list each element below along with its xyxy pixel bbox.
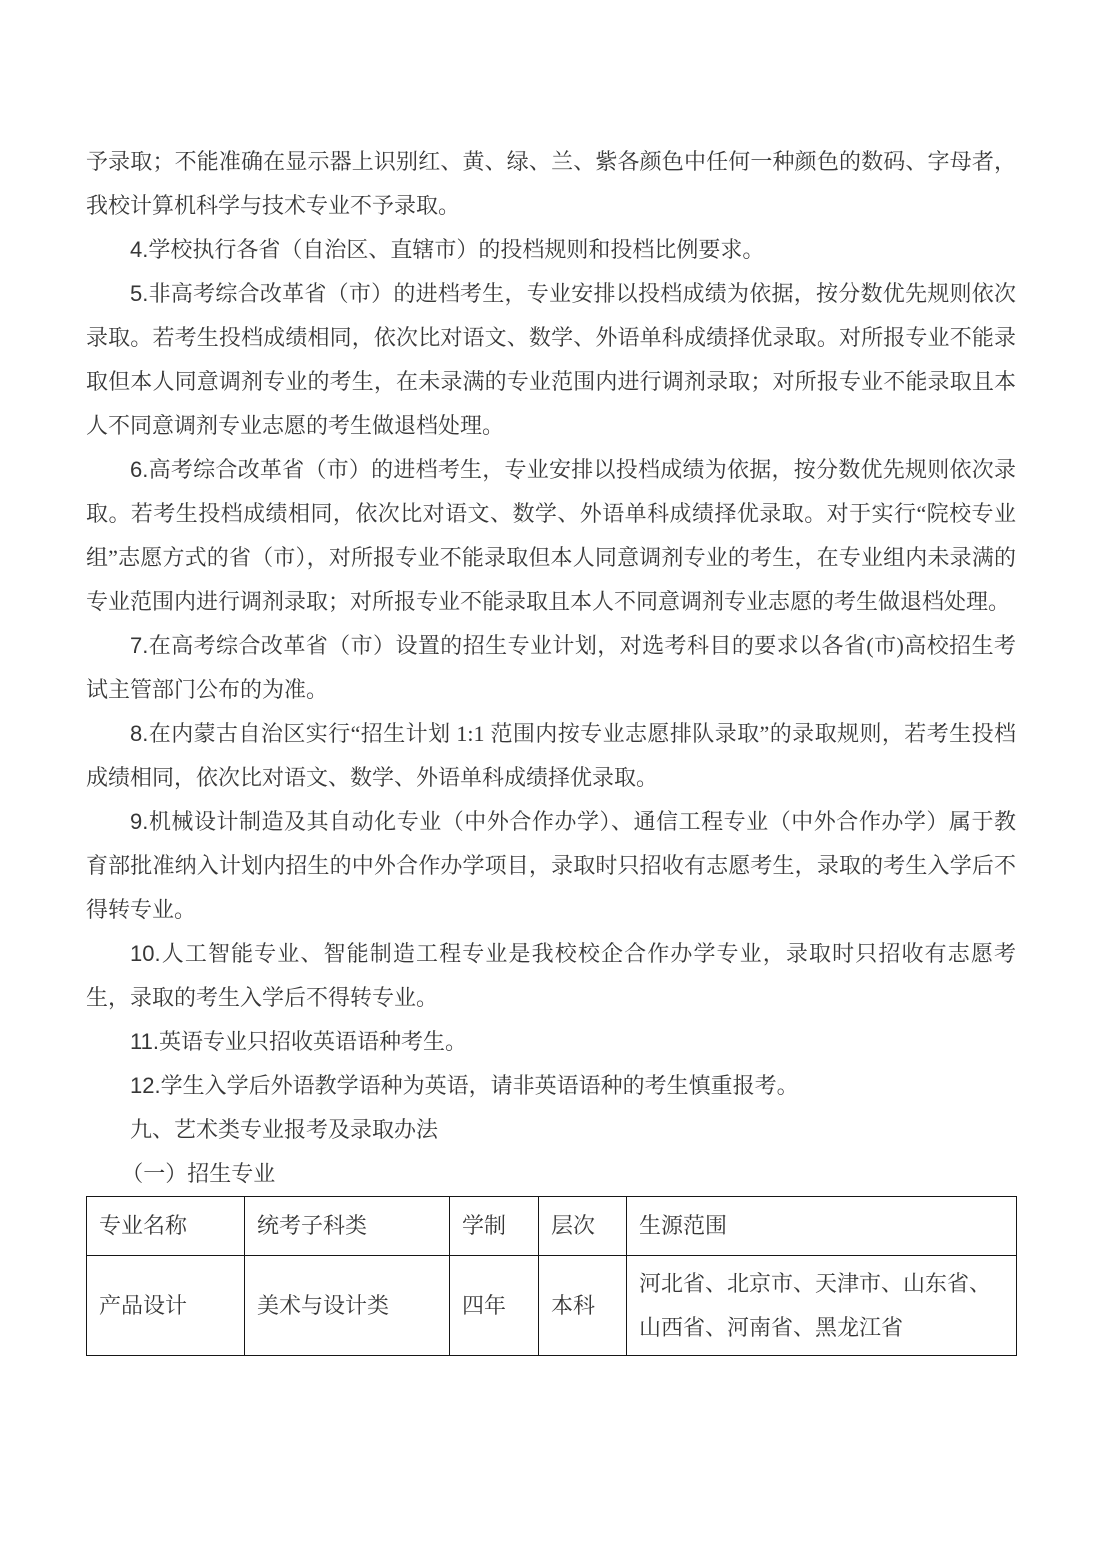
item-number: 5.: [130, 281, 148, 306]
cell-level: 本科: [539, 1256, 627, 1356]
enrollment-majors-table: 专业名称 统考子科类 学制 层次 生源范围 产品设计 美术与设计类 四年 本科 …: [86, 1196, 1017, 1356]
item-number: 6.: [130, 457, 148, 482]
sub-heading: （一）招生专业: [86, 1152, 1016, 1196]
item-number: 12.: [130, 1073, 161, 1098]
policy-item-7: 7.在高考综合改革省（市）设置的招生专业计划，对选考科目的要求以各省(市)高校招…: [86, 624, 1016, 712]
cell-source-region: 河北省、北京市、天津市、山东省、山西省、河南省、黑龙江省: [627, 1256, 1017, 1356]
cell-duration: 四年: [450, 1256, 539, 1356]
paragraph-text: 非高考综合改革省（市）的进档考生，专业安排以投档成绩为依据，按分数优先规则依次录…: [86, 281, 1016, 438]
paragraph-continuation: 予录取；不能准确在显示器上识别红、黄、绿、兰、紫各颜色中任何一种颜色的数码、字母…: [86, 140, 1016, 228]
item-number: 10.: [130, 941, 161, 966]
policy-item-11: 11.英语专业只招收英语语种考生。: [86, 1020, 1016, 1064]
policy-item-6: 6.高考综合改革省（市）的进档考生，专业安排以投档成绩为依据，按分数优先规则依次…: [86, 448, 1016, 624]
section-heading: 九、艺术类专业报考及录取办法: [86, 1108, 1016, 1152]
item-number: 9.: [130, 809, 148, 834]
policy-item-10: 10.人工智能专业、智能制造工程专业是我校校企合作办学专业，录取时只招收有志愿考…: [86, 932, 1016, 1020]
policy-item-9: 9.机械设计制造及其自动化专业（中外合作办学）、通信工程专业（中外合作办学）属于…: [86, 800, 1016, 932]
header-source-region: 生源范围: [627, 1197, 1017, 1256]
cell-major-name: 产品设计: [87, 1256, 245, 1356]
paragraph-text: 在内蒙古自治区实行“招生计划 1:1 范围内按专业志愿排队录取”的录取规则，若考…: [86, 721, 1016, 790]
paragraph-text: 英语专业只招收英语语种考生。: [159, 1029, 467, 1054]
paragraph-text: 高考综合改革省（市）的进档考生，专业安排以投档成绩为依据，按分数优先规则依次录取…: [86, 457, 1016, 614]
item-number: 7.: [130, 633, 148, 658]
policy-item-8: 8.在内蒙古自治区实行“招生计划 1:1 范围内按专业志愿排队录取”的录取规则，…: [86, 712, 1016, 800]
table-row: 产品设计 美术与设计类 四年 本科 河北省、北京市、天津市、山东省、山西省、河南…: [87, 1256, 1017, 1356]
sub-heading-text: （一）招生专业: [121, 1161, 275, 1186]
header-exam-subcategory: 统考子科类: [245, 1197, 450, 1256]
header-duration: 学制: [450, 1197, 539, 1256]
item-number: 4.: [130, 237, 148, 262]
cell-exam-subcategory: 美术与设计类: [245, 1256, 450, 1356]
paragraph-text: 学校执行各省（自治区、直辖市）的投档规则和投档比例要求。: [148, 237, 764, 262]
paragraph-text: 学生入学后外语教学语种为英语，请非英语语种的考生慎重报考。: [161, 1073, 799, 1098]
policy-item-4: 4.学校执行各省（自治区、直辖市）的投档规则和投档比例要求。: [86, 228, 1016, 272]
item-number: 11.: [130, 1029, 159, 1054]
paragraph-text: 人工智能专业、智能制造工程专业是我校校企合作办学专业，录取时只招收有志愿考生，录…: [86, 941, 1016, 1010]
paragraph-text: 予录取；不能准确在显示器上识别红、黄、绿、兰、紫各颜色中任何一种颜色的数码、字母…: [86, 149, 1016, 218]
header-level: 层次: [539, 1197, 627, 1256]
document-content: 予录取；不能准确在显示器上识别红、黄、绿、兰、紫各颜色中任何一种颜色的数码、字母…: [0, 0, 1102, 1356]
policy-item-5: 5.非高考综合改革省（市）的进档考生，专业安排以投档成绩为依据，按分数优先规则依…: [86, 272, 1016, 448]
paragraph-text: 在高考综合改革省（市）设置的招生专业计划，对选考科目的要求以各省(市)高校招生考…: [86, 633, 1016, 702]
header-major-name: 专业名称: [87, 1197, 245, 1256]
paragraph-text: 机械设计制造及其自动化专业（中外合作办学）、通信工程专业（中外合作办学）属于教育…: [86, 809, 1016, 922]
table-header-row: 专业名称 统考子科类 学制 层次 生源范围: [87, 1197, 1017, 1256]
section-heading-text: 九、艺术类专业报考及录取办法: [130, 1117, 438, 1142]
document-page: 予录取；不能准确在显示器上识别红、黄、绿、兰、紫各颜色中任何一种颜色的数码、字母…: [0, 0, 1102, 1559]
item-number: 8.: [130, 721, 148, 746]
policy-item-12: 12.学生入学后外语教学语种为英语，请非英语语种的考生慎重报考。: [86, 1064, 1016, 1108]
